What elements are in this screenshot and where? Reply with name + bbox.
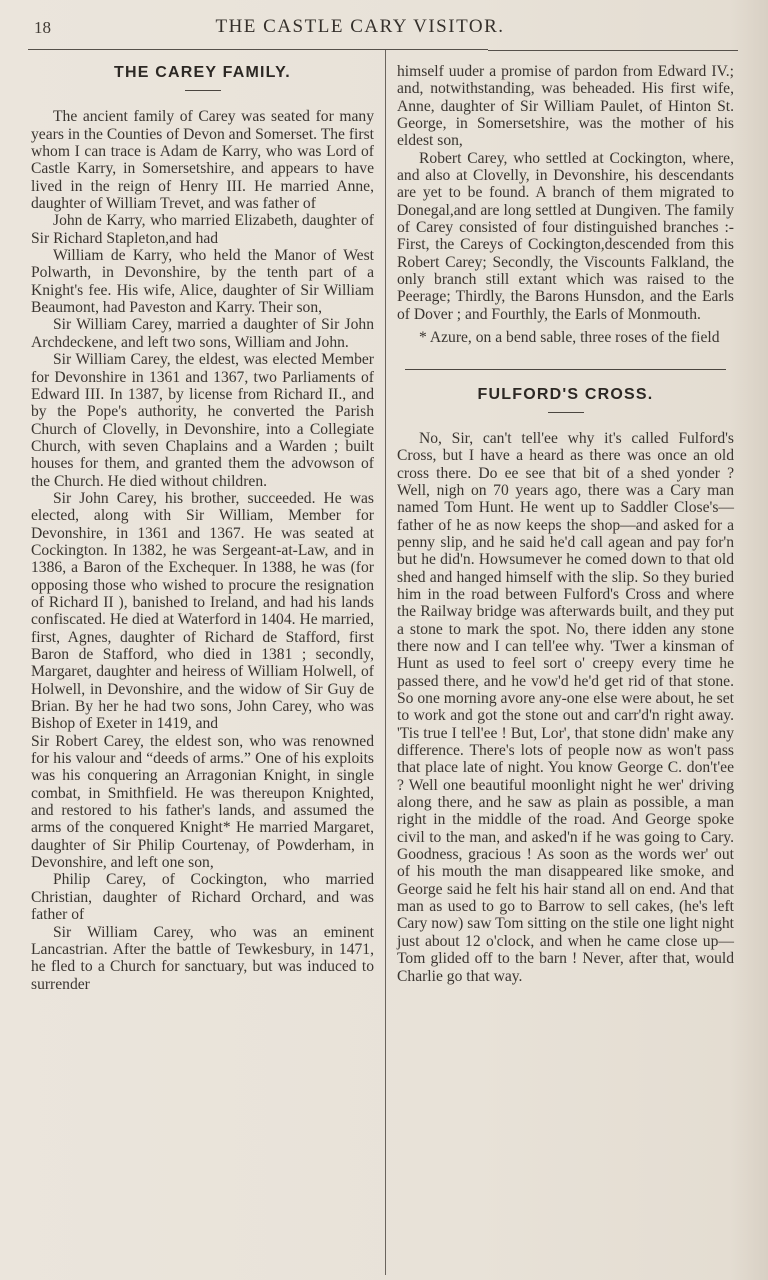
title-underline bbox=[185, 90, 221, 91]
paragraph: Sir William Carey, who was an eminent La… bbox=[31, 924, 374, 993]
paragraph: Sir William Carey, the eldest, was elect… bbox=[31, 351, 374, 490]
column-divider bbox=[385, 50, 386, 1275]
article-title-fulford: FULFORD'S CROSS. bbox=[397, 386, 734, 403]
section-divider bbox=[405, 369, 726, 370]
paragraph: The ancient family of Carey was seated f… bbox=[31, 108, 374, 212]
right-column: himself uuder a promise of pardon from E… bbox=[397, 63, 734, 985]
title-underline bbox=[548, 412, 584, 413]
newspaper-page: 18 THE CASTLE CARY VISITOR. THE CAREY FA… bbox=[0, 0, 768, 1280]
left-column: THE CAREY FAMILY. The ancient family of … bbox=[31, 58, 374, 993]
paragraph: Robert Carey, who settled at Cockington,… bbox=[397, 150, 734, 323]
paragraph: John de Karry, who married Elizabeth, da… bbox=[31, 212, 374, 247]
paragraph: William de Karry, who held the Manor of … bbox=[31, 247, 374, 316]
header-rule-right bbox=[488, 50, 738, 51]
paragraph: Sir Robert Carey, the eldest son, who wa… bbox=[31, 733, 374, 872]
paragraph: himself uuder a promise of pardon from E… bbox=[397, 63, 734, 150]
footnote: * Azure, on a bend sable, three roses of… bbox=[397, 329, 734, 346]
header-rule bbox=[28, 49, 488, 50]
paragraph: Sir John Carey, his brother, succeeded. … bbox=[31, 490, 374, 733]
running-title: THE CASTLE CARY VISITOR. bbox=[150, 16, 570, 38]
page-header: 18 THE CASTLE CARY VISITOR. bbox=[0, 14, 768, 44]
page-number: 18 bbox=[34, 18, 51, 38]
article-title-carey: THE CAREY FAMILY. bbox=[31, 64, 374, 81]
paragraph: No, Sir, can't tell'ee why it's called F… bbox=[397, 430, 734, 985]
paragraph: Sir William Carey, married a daughter of… bbox=[31, 316, 374, 351]
paragraph: Philip Carey, of Cockington, who married… bbox=[31, 871, 374, 923]
